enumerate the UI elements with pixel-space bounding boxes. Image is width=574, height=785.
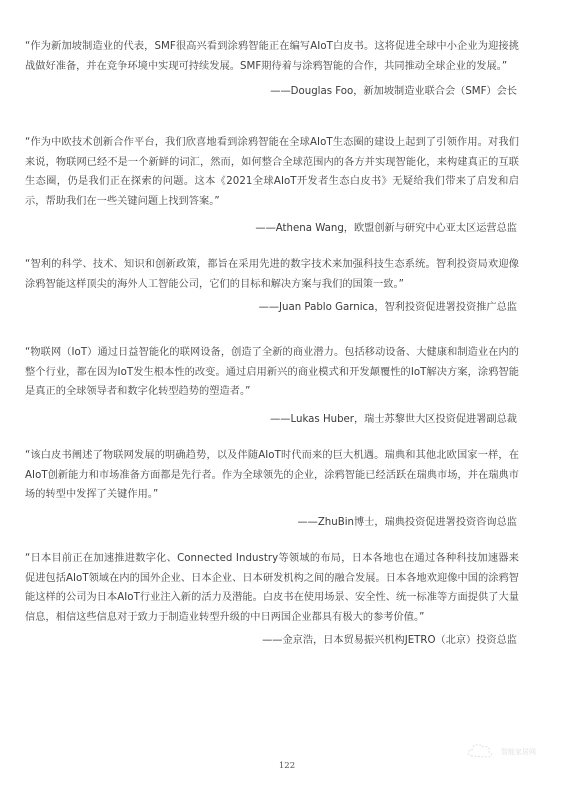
document-page: “作为新加坡制造业的代表，SMF很高兴看到涂鸦智能正在编写AIoT白皮书。这将促…	[0, 0, 574, 785]
quote-attribution: ——Lukas Huber，瑞士苏黎世大区投资促进署副总裁	[25, 412, 519, 428]
quote-text: “作为中欧技术创新合作平台，我们欣喜地看到涂鸦智能在全球AIoT生态圈的建设上起…	[25, 133, 519, 211]
quote-attribution: ——Juan Pablo Garnica，智利投资促进署投资推广总监	[25, 300, 519, 316]
quote-text: “智利的科学、技术、知识和创新政策，都旨在采用先进的数字技术来加强科技生态系统。…	[25, 255, 519, 294]
cloud-icon	[465, 739, 495, 765]
quote-block-zhubin: “该白皮书阐述了物联网发展的明确趋势，以及伴随AIoT时代而来的巨大机遇。瑞典和…	[25, 446, 519, 531]
page-number: 122	[262, 761, 312, 771]
quote-block-athena-wang: “作为中欧技术创新合作平台，我们欣喜地看到涂鸦智能在全球AIoT生态圈的建设上起…	[25, 133, 519, 237]
quote-block-jin-jinghao: “日本目前正在加速推进数字化、Connected Industry等领域的布局，…	[25, 549, 519, 649]
watermark-text: 智能家居网	[501, 748, 536, 757]
quote-block-juan-pablo-garnica: “智利的科学、技术、知识和创新政策，都旨在采用先进的数字技术来加强科技生态系统。…	[25, 255, 519, 316]
quote-text: “日本目前正在加速推进数字化、Connected Industry等领域的布局，…	[25, 549, 519, 627]
quote-text: “该白皮书阐述了物联网发展的明确趋势，以及伴随AIoT时代而来的巨大机遇。瑞典和…	[25, 446, 519, 505]
quote-block-lukas-huber: “物联网（IoT）通过日益智能化的联网设备，创造了全新的商业潜力。包括移动设备、…	[25, 343, 519, 428]
quote-text: “物联网（IoT）通过日益智能化的联网设备，创造了全新的商业潜力。包括移动设备、…	[25, 343, 519, 402]
quote-text: “作为新加坡制造业的代表，SMF很高兴看到涂鸦智能正在编写AIoT白皮书。这将促…	[25, 37, 519, 76]
quote-attribution: ——Athena Wang，欧盟创新与研究中心亚太区运营总监	[25, 221, 519, 237]
watermark: 智能家居网	[465, 737, 560, 767]
quote-attribution: ——ZhuBin博士，瑞典投资促进署投资咨询总监	[25, 515, 519, 531]
quote-block-douglas-foo: “作为新加坡制造业的代表，SMF很高兴看到涂鸦智能正在编写AIoT白皮书。这将促…	[25, 37, 519, 100]
quote-attribution: ——Douglas Foo，新加坡制造业联合会（SMF）会长	[25, 84, 519, 100]
quote-attribution: ——金京浩，日本贸易振兴机构JETRO（北京）投资总监	[25, 633, 519, 649]
